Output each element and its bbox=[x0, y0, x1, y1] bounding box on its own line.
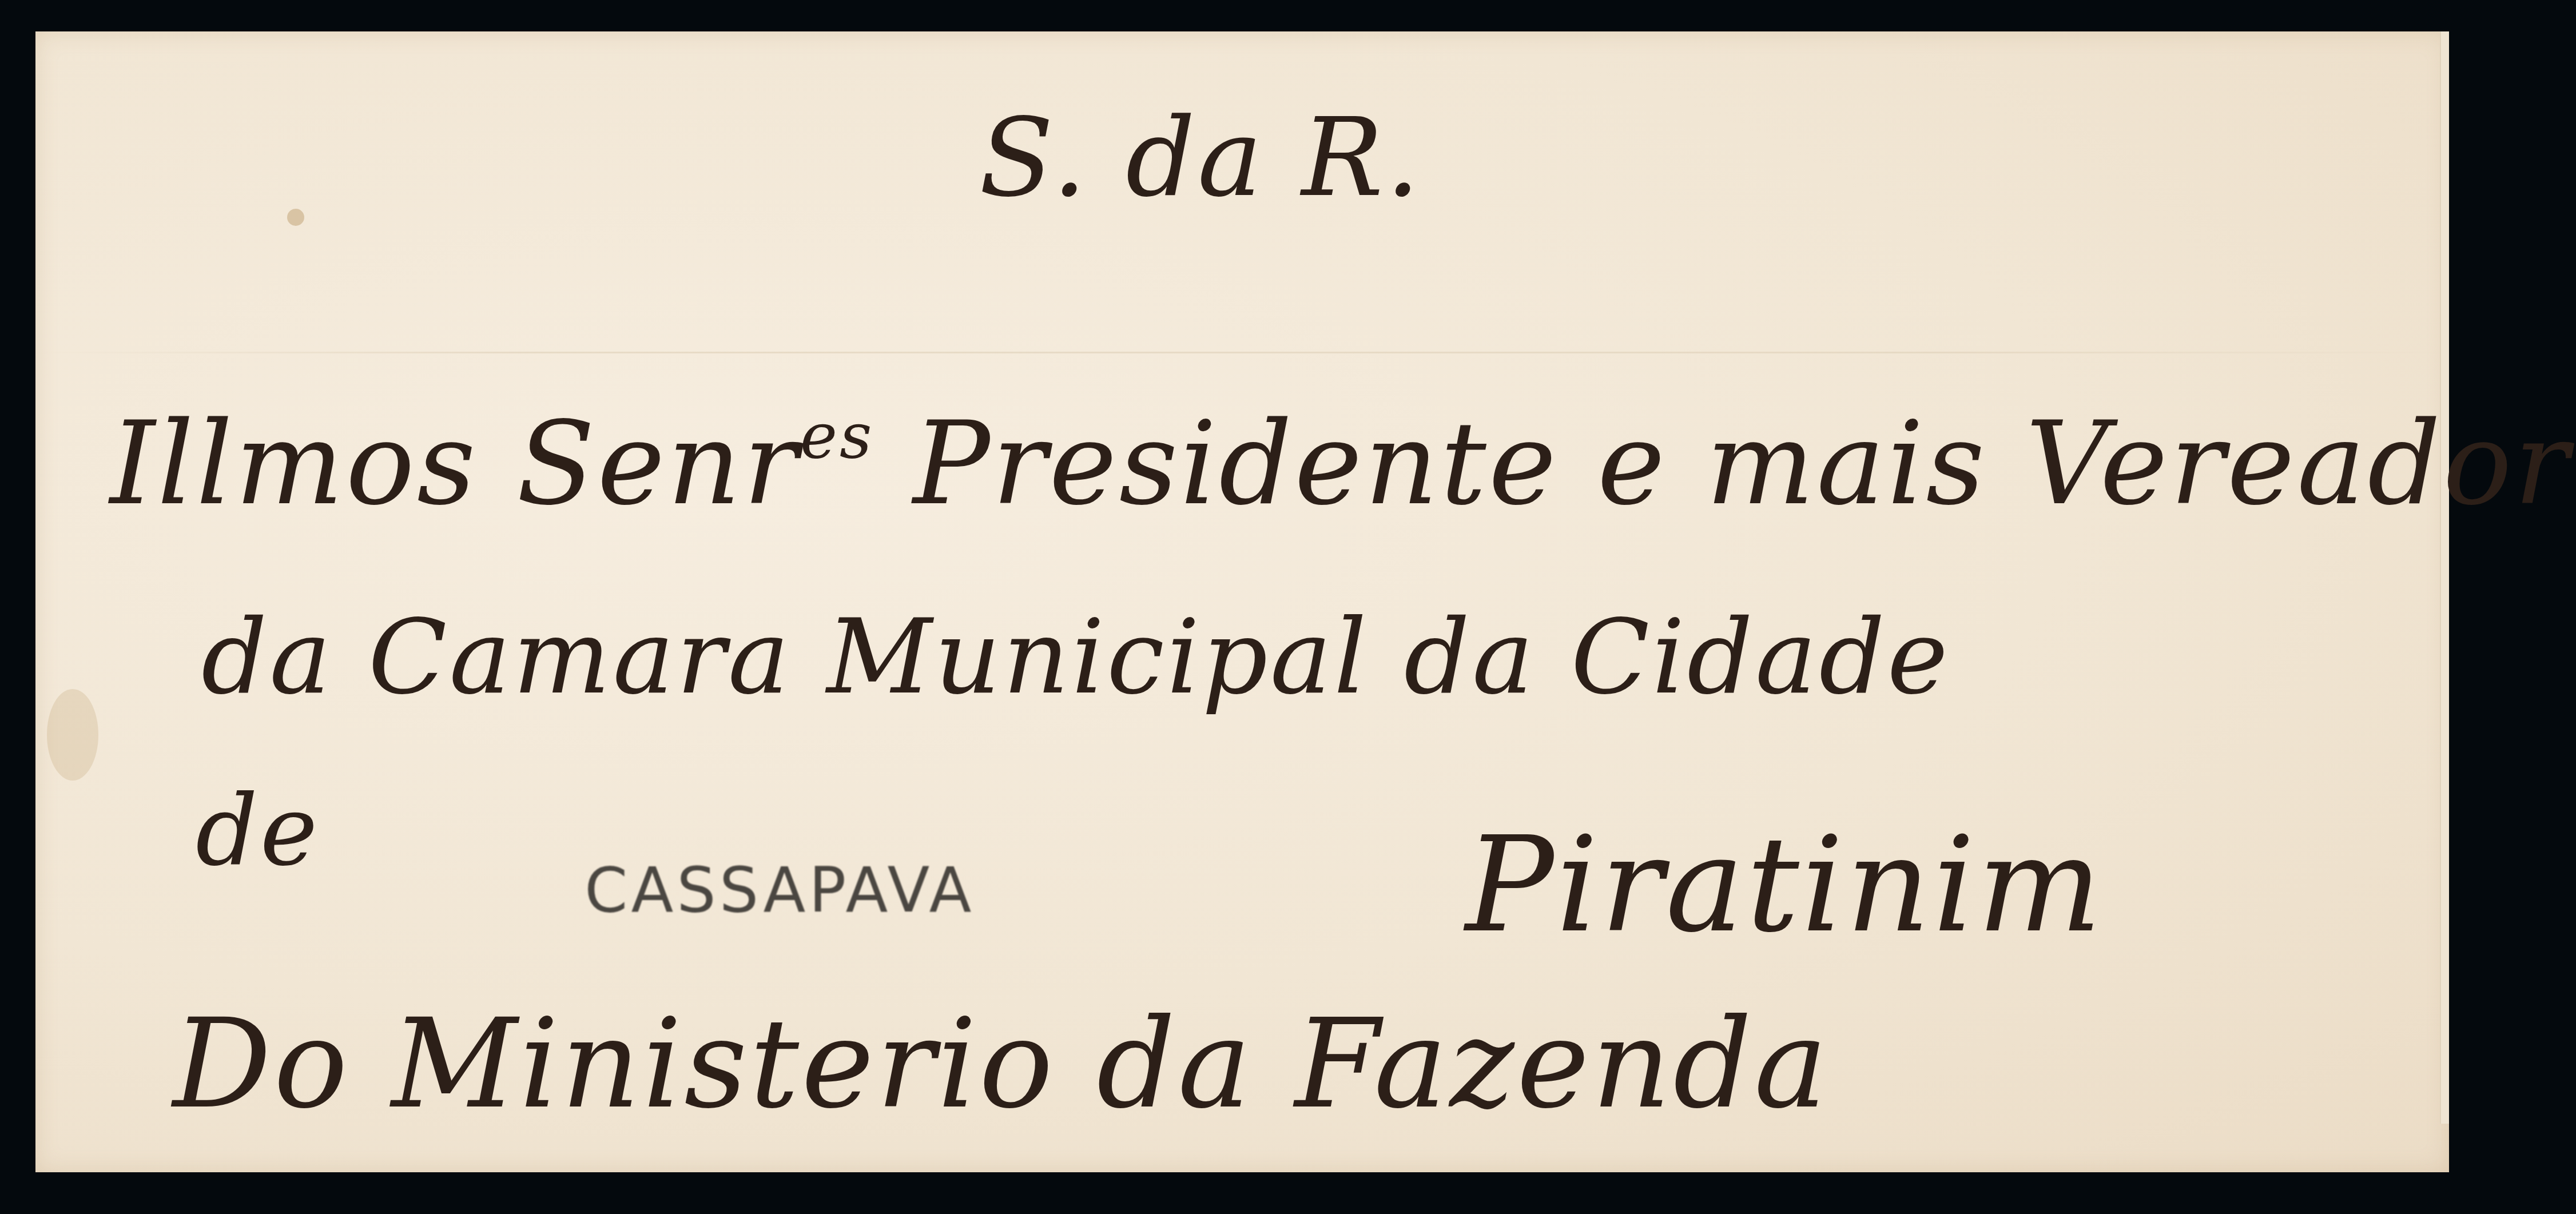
postmark-stamp: CASSAPAVA bbox=[585, 855, 975, 926]
address-line-1: Illmos Senres Presidente e mais Vereador… bbox=[110, 397, 2576, 531]
address-line-2: da Camara Municipal da Cidade bbox=[201, 598, 1950, 717]
salutation: Illmos Senr bbox=[110, 397, 800, 531]
superscript: es bbox=[800, 399, 874, 472]
address-line-4: Do Ministerio da Fazenda bbox=[173, 992, 1830, 1136]
salutation-rest: Presidente e mais Vereadores bbox=[874, 397, 2576, 531]
address-line-3: de bbox=[196, 775, 320, 888]
stain bbox=[287, 209, 304, 226]
fold-line bbox=[35, 352, 2449, 353]
stain bbox=[47, 689, 98, 781]
rate-mark: S. da R. bbox=[979, 94, 1422, 221]
folded-edge bbox=[2440, 31, 2449, 1124]
address-city: Piratinim bbox=[1465, 809, 2104, 962]
letter-paper: S. da R. Illmos Senres Presidente e mais… bbox=[35, 31, 2449, 1172]
